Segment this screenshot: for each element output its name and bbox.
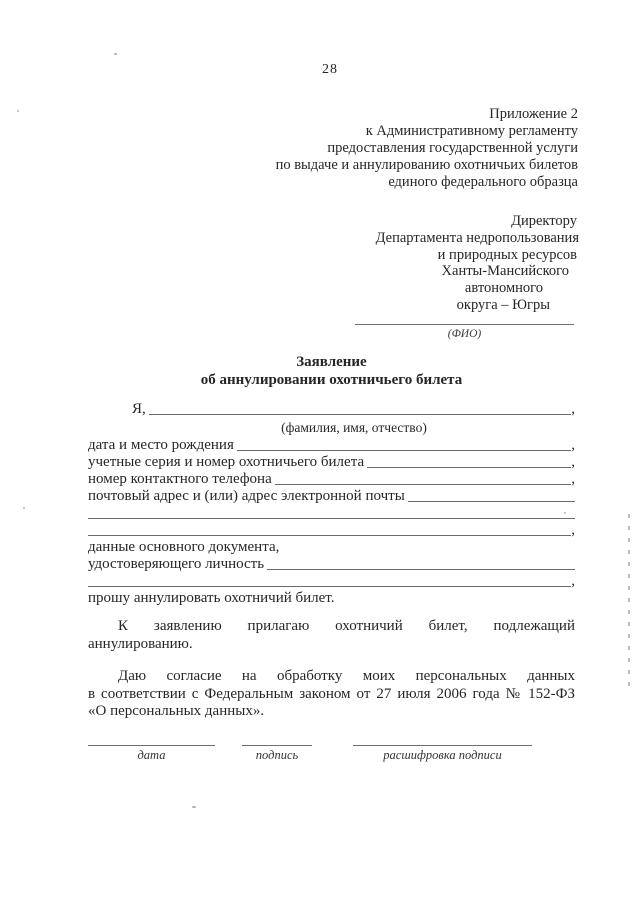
request-text: прошу аннулировать охотничий билет.: [88, 590, 575, 607]
appendix-line: к Административному регламенту: [276, 123, 578, 140]
attachment-paragraph: К заявлению прилагаю охотничий билет, по…: [88, 618, 575, 653]
field-blank: [408, 488, 575, 502]
scan-artifact-dotted-line: [628, 514, 630, 694]
appendix-line: по выдаче и аннулированию охотничьих бил…: [276, 157, 578, 174]
attachment-paragraph-line2: аннулированию.: [88, 636, 575, 654]
scan-speck: [564, 512, 566, 514]
signature-section: дата подпись расшифровка подписи: [88, 745, 575, 787]
trailing-comma: ,: [571, 454, 575, 471]
consent-paragraph: Даю согласие на обработку моих персональ…: [88, 668, 575, 721]
addressee-line: Департамента недропользования: [376, 230, 579, 247]
blank-line: [88, 573, 571, 587]
scan-speck: [23, 507, 25, 509]
blank-line-row: [88, 505, 575, 522]
scanned-document-page: 28 Приложение 2 к Административному регл…: [0, 0, 640, 905]
form-title: Заявление об аннулировании охотничьего б…: [88, 354, 575, 389]
field-row-birth: дата и место рождения ,: [88, 437, 575, 454]
applicant-row: Я, ,: [88, 399, 575, 419]
blank-line: [88, 522, 571, 536]
applicant-label: Я,: [132, 399, 146, 419]
transcript-label: расшифровка подписи: [353, 746, 532, 763]
consent-paragraph-line2: в соответствии с Федеральным законом от …: [88, 686, 575, 704]
appendix-heading-block: Приложение 2 к Административному регламе…: [276, 106, 578, 191]
date-label: дата: [88, 746, 215, 763]
addressee-line: Директору: [376, 213, 579, 230]
identity-row: удостоверяющего личность: [88, 556, 575, 573]
addressee-line: округа – Югры: [376, 297, 579, 314]
blank-line-row: ,: [88, 573, 575, 590]
signature-label: подпись: [242, 746, 312, 763]
form-title-line1: Заявление: [88, 354, 575, 372]
trailing-comma: ,: [571, 399, 575, 419]
field-label: номер контактного телефона: [88, 471, 272, 488]
field-label: почтовый адрес и (или) адрес электронной…: [88, 488, 405, 505]
trailing-comma: ,: [571, 573, 575, 590]
scan-speck: [17, 110, 19, 112]
addressee-line: и природных ресурсов: [376, 247, 579, 264]
trailing-comma: ,: [571, 471, 575, 488]
field-label: дата и место рождения: [88, 437, 234, 454]
consent-paragraph-line1: Даю согласие на обработку моих персональ…: [88, 668, 575, 686]
director-name-blank-line: [355, 324, 574, 325]
field-blank: [237, 437, 571, 451]
identity-label-line2: удостоверяющего личность: [88, 556, 264, 573]
field-row-phone: номер контактного телефона ,: [88, 471, 575, 488]
transcript-signature-line: расшифровка подписи: [353, 745, 532, 763]
applicant-name-caption: (фамилия, имя, отчество): [88, 419, 575, 437]
scan-speck: [192, 806, 196, 808]
identity-blank: [267, 556, 575, 570]
date-signature-line: дата: [88, 745, 215, 763]
trailing-comma: ,: [571, 522, 575, 539]
field-label: учетные серия и номер охотничьего билета: [88, 454, 364, 471]
addressee-block: Директору Департамента недропользования …: [376, 213, 579, 314]
attachment-paragraph-line1: К заявлению прилагаю охотничий билет, по…: [88, 618, 575, 636]
scan-speck: [114, 53, 117, 55]
trailing-comma: ,: [571, 437, 575, 454]
fio-caption: (ФИО): [355, 328, 574, 340]
appendix-line: предоставления государственной услуги: [276, 140, 578, 157]
addressee-line: автономного: [376, 280, 579, 297]
consent-paragraph-line3: «О персональных данных».: [88, 703, 575, 721]
field-row-ticket-number: учетные серия и номер охотничьего билета…: [88, 454, 575, 471]
addressee-line: Ханты-Мансийского: [376, 263, 579, 280]
page-number: 28: [0, 62, 640, 78]
field-blank: [367, 454, 571, 468]
signature-line: подпись: [242, 745, 312, 763]
form-body: Я, , (фамилия, имя, отчество) дата и мес…: [88, 399, 575, 721]
appendix-line: единого федерального образца: [276, 174, 578, 191]
identity-label-line1: данные основного документа,: [88, 539, 575, 556]
appendix-line: Приложение 2: [276, 106, 578, 123]
blank-line: [88, 505, 575, 519]
blank-line-row: ,: [88, 522, 575, 539]
field-blank: [275, 471, 572, 485]
applicant-name-blank: [149, 399, 571, 415]
field-row-address: почтовый адрес и (или) адрес электронной…: [88, 488, 575, 505]
form-title-line2: об аннулировании охотничьего билета: [88, 372, 575, 390]
